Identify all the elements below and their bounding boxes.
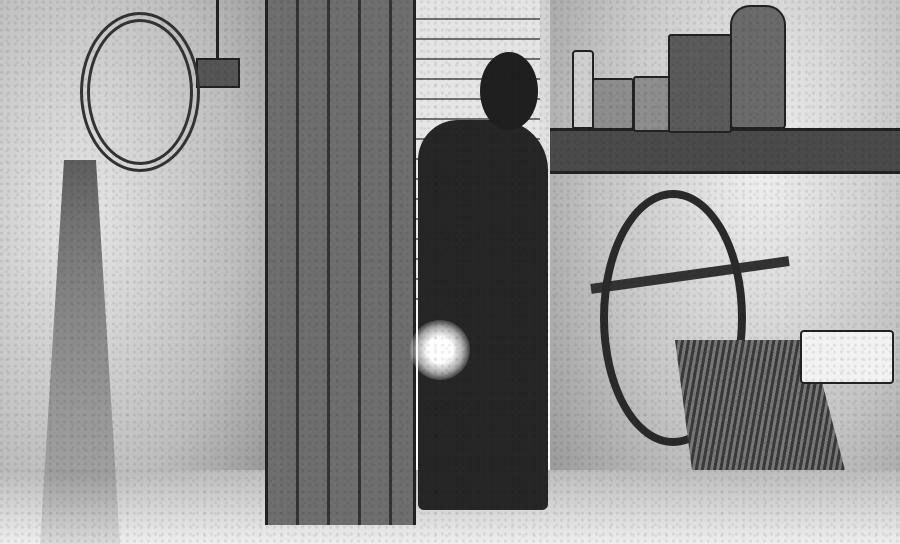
silhouette-figure-body <box>418 120 548 510</box>
bin <box>800 330 894 384</box>
wall-switch <box>196 58 240 88</box>
bag <box>730 5 786 129</box>
light-flare <box>410 320 470 380</box>
shelf <box>550 128 900 174</box>
silhouette-figure-head <box>480 52 538 130</box>
wooden-door <box>265 0 416 525</box>
bottle <box>572 50 594 129</box>
can <box>592 78 634 130</box>
shed-scene <box>0 0 900 544</box>
coiled-cable <box>80 12 200 172</box>
container <box>668 34 732 133</box>
cable <box>216 0 219 58</box>
